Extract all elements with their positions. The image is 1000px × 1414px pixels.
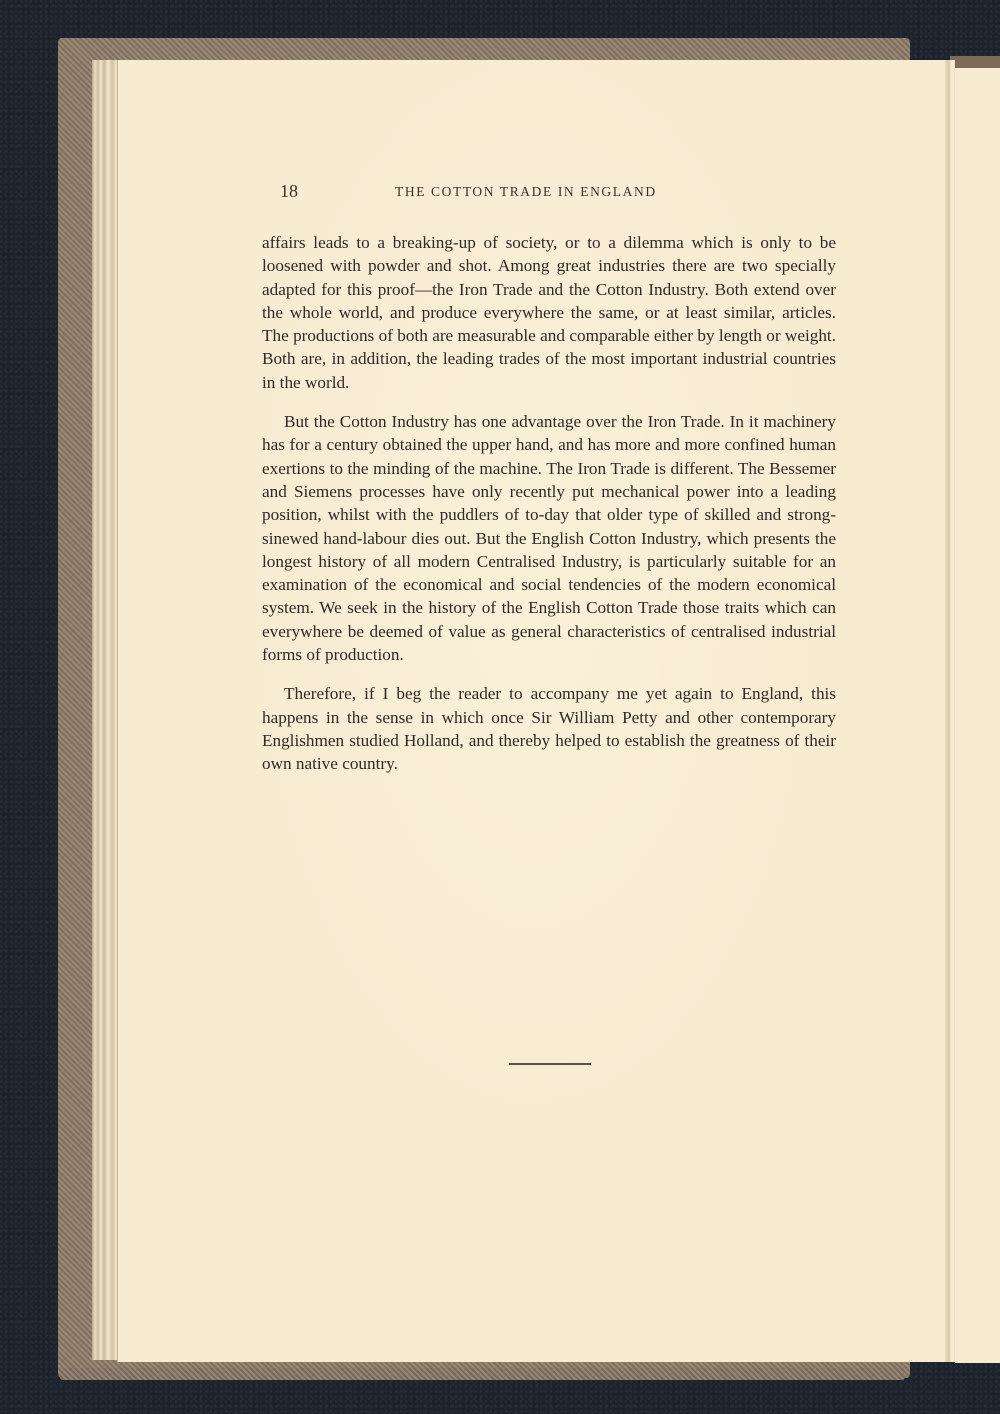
paragraph-2: But the Cotton Industry has one advantag…	[262, 410, 836, 666]
paragraph-3: Therefore, if I beg the reader to accomp…	[262, 682, 836, 775]
facing-page	[955, 68, 1000, 1363]
page-number: 18	[280, 181, 298, 202]
running-head: THE COTTON TRADE IN ENGLAND	[395, 184, 657, 200]
body-text: affairs leads to a breaking-up of societ…	[262, 231, 836, 776]
book-cover-bottom-edge	[60, 1368, 905, 1380]
section-end-rule	[509, 1063, 591, 1065]
paragraph-1: affairs leads to a breaking-up of societ…	[262, 231, 836, 394]
facing-cover-edge	[950, 56, 1000, 68]
page-header: 18 THE COTTON TRADE IN ENGLAND	[280, 181, 840, 203]
book-gutter	[945, 60, 955, 1362]
